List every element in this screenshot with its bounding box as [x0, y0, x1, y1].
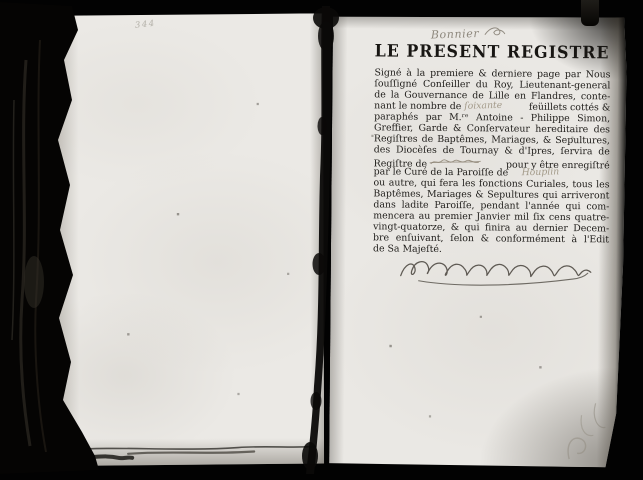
- annotation-flourish-icon: [483, 24, 507, 39]
- register-title: LE PRESENT REGISTRE: [375, 41, 610, 63]
- register-body-text: Signé à la premiere & derniere page par …: [373, 67, 611, 256]
- book-gutter-seam: [286, 6, 350, 476]
- print-line-text: feüillets cottés &: [529, 102, 610, 114]
- print-line-text: nant le nombre de: [374, 100, 461, 112]
- handwritten-signature: [395, 254, 599, 298]
- handwritten-parish-name: Houplin: [521, 166, 559, 178]
- title-row: LE PRESENT REGISTRE: [375, 41, 611, 67]
- right-page: Bonnier LE PRESENT REGISTRE Signé à la p…: [329, 15, 627, 468]
- scanner-clamp-tab: [581, 0, 599, 26]
- book-binding-edge: [0, 0, 100, 480]
- crossed-out-word-scrawl: [429, 156, 485, 168]
- blank-fill-gap: [427, 156, 506, 168]
- page-corner-curl: [551, 395, 622, 466]
- printed-text-block: Bonnier LE PRESENT REGISTRE Signé à la p…: [373, 23, 611, 256]
- annotation-text: Bonnier: [431, 27, 480, 42]
- scanned-register-spread: { "colors": { "scan_background": "#02020…: [0, 0, 643, 480]
- handwritten-feuillets-count: ſoixante: [464, 100, 502, 112]
- signature-scrawl: [395, 254, 599, 294]
- folio-number-note: 344: [135, 19, 157, 31]
- blank-fill-gap: ſoixante: [461, 101, 529, 113]
